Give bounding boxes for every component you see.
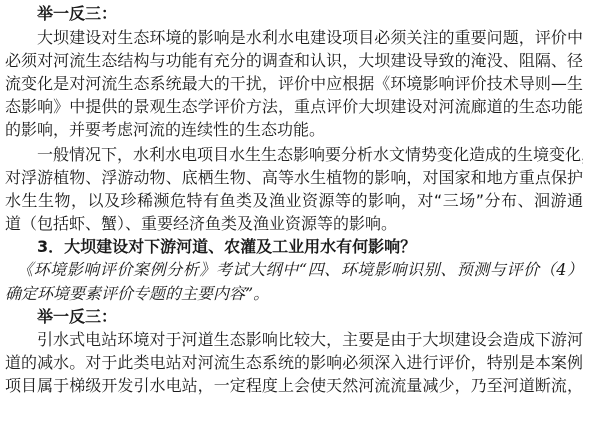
text-line: 《环境影响评价案例分析》考试大纲中“四、环境影响识别、预测与评价（4） bbox=[17, 259, 583, 281]
text-line: 道（包括虾、蟹）、重要经济鱼类及渔业资源等的影响。 bbox=[5, 213, 583, 235]
text-line: 项目属于梯级开发引水电站，一定程度上会使天然河流流量减少，乃至河道断流， bbox=[5, 375, 583, 397]
text-line: 对浮游植物、浮游动物、底栖生物、高等水生植物的影响，对国家和地方重点保护 bbox=[5, 167, 583, 189]
text-line: 确定环境要素评价专题的主要内容”。 bbox=[5, 283, 583, 305]
section-heading: 举一反三： bbox=[37, 306, 583, 328]
text-line: 道的减水。对于此类电站对河流生态系统的影响必须深入进行评价，特别是本案例 bbox=[5, 352, 583, 374]
text-line: 的影响，并要考虑河流的连续性的生态功能。 bbox=[5, 119, 583, 141]
section-heading: 举一反三： bbox=[37, 3, 583, 25]
text-line: 一般情况下，水利水电项目水生生态影响要分析水文情势变化造成的生境变化， bbox=[37, 144, 583, 166]
question-heading: 3．大坝建设对下游河道、农灌及工业用水有何影响？ bbox=[37, 236, 583, 258]
text-line: 必须对河流生态结构与功能有充分的调查和认识，大坝建设导致的淹没、阻隔、径 bbox=[5, 50, 583, 72]
text-line: 引水式电站环境对于河道生态影响比较大，主要是由于大坝建设会造成下游河 bbox=[37, 329, 583, 351]
text-line: 水生生物，以及珍稀濒危特有鱼类及渔业资源等的影响，对“三场”分布、洄游通 bbox=[5, 190, 583, 212]
text-line: 流变化是对河流生态系统最大的干扰，评价中应根据《环境影响评价技术导则—生 bbox=[5, 73, 583, 95]
text-line: 大坝建设对生态环境的影响是水利水电建设项目必须关注的重要问题，评价中 bbox=[37, 27, 583, 49]
text-line: 态影响》中提供的景观生态学评价方法，重点评价大坝建设对河流廊道的生态功能 bbox=[5, 96, 583, 118]
